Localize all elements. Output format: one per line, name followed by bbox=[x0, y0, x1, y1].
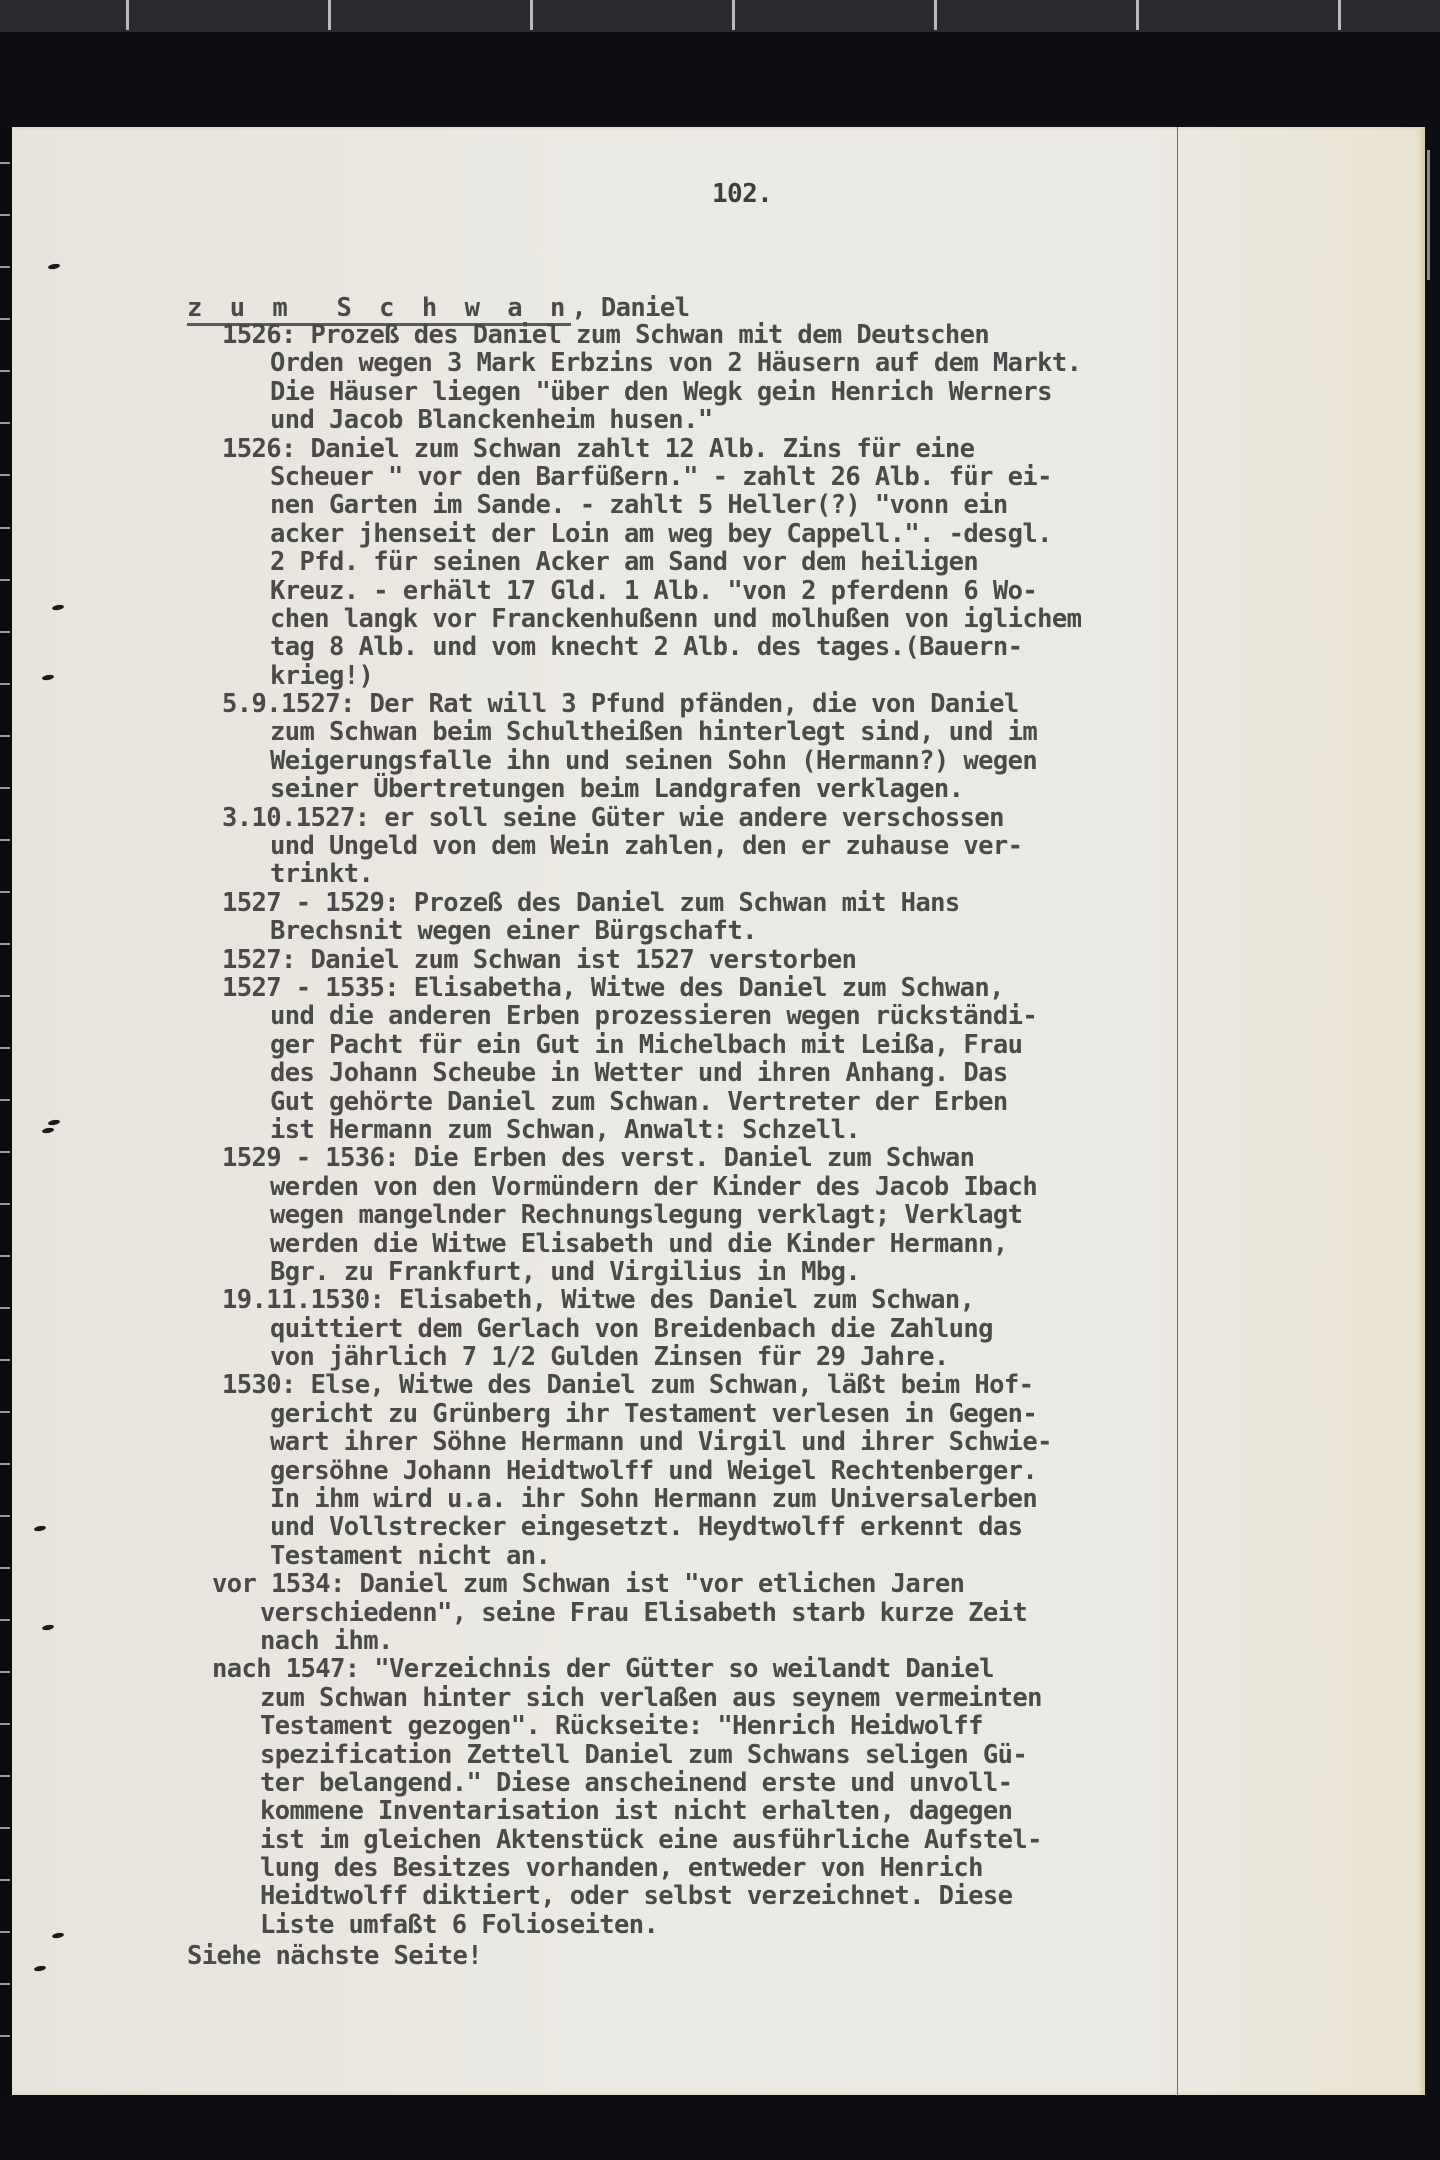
ruler-tick bbox=[0, 735, 10, 737]
scanner-edge-mark bbox=[1427, 150, 1430, 280]
entry-line: verschiedenn", seine Frau Elisabeth star… bbox=[212, 1599, 1222, 1627]
entry-line: Die Häuser liegen "über den Wegk gein He… bbox=[222, 378, 1222, 406]
entry-line: ger Pacht für ein Gut in Michelbach mit … bbox=[222, 1031, 1222, 1059]
chronology-entry: 3.10.1527: er soll seine Güter wie ander… bbox=[222, 804, 1222, 889]
ruler-tick bbox=[0, 266, 10, 268]
chronology-entry: vor 1534: Daniel zum Schwan ist "vor etl… bbox=[212, 1570, 1222, 1655]
closing-note: Siehe nächste Seite! bbox=[187, 1941, 482, 1971]
ruler-tick bbox=[0, 1203, 10, 1205]
ruler-tick bbox=[0, 214, 10, 216]
entry-line: trinkt. bbox=[222, 860, 1222, 888]
ruler-tick bbox=[0, 474, 10, 476]
ruler-tick bbox=[0, 631, 10, 633]
ruler-tick bbox=[0, 370, 10, 372]
chronology-entry: 19.11.1530: Elisabeth, Witwe des Daniel … bbox=[222, 1286, 1222, 1371]
ruler-tick bbox=[0, 527, 10, 529]
entry-line: zum Schwan hinter sich verlaßen aus seyn… bbox=[212, 1684, 1222, 1712]
entry-line: 1527: Daniel zum Schwan ist 1527 verstor… bbox=[222, 946, 1222, 974]
entry-line: 1526: Prozeß des Daniel zum Schwan mit d… bbox=[222, 321, 1222, 349]
entry-line: gersöhne Johann Heidtwolff und Weigel Re… bbox=[222, 1457, 1222, 1485]
entry-line: acker jhenseit der Loin am weg bey Cappe… bbox=[222, 520, 1222, 548]
entry-line: quittiert dem Gerlach von Breidenbach di… bbox=[222, 1315, 1222, 1343]
entry-line: vor 1534: Daniel zum Schwan ist "vor etl… bbox=[212, 1570, 1222, 1598]
entry-line: seiner Übertretungen beim Landgrafen ver… bbox=[222, 775, 1222, 803]
ruler-tick bbox=[0, 318, 10, 320]
ruler-tick bbox=[0, 891, 10, 893]
entry-line: lung des Besitzes vorhanden, entweder vo… bbox=[212, 1854, 1222, 1882]
scanner-top-strip bbox=[0, 0, 1440, 32]
ruler-tick bbox=[0, 1567, 10, 1569]
entry-line: Brechsnit wegen einer Bürgschaft. bbox=[222, 917, 1222, 945]
entry-line: Testament gezogen". Rückseite: "Henrich … bbox=[212, 1712, 1222, 1740]
entry-line: und Jacob Blanckenheim husen." bbox=[222, 406, 1222, 434]
document-page: 102. z u m S c h w a n, Daniel 1526: Pro… bbox=[12, 127, 1425, 2095]
ruler-tick bbox=[0, 1255, 10, 1257]
entry-line: wegen mangelnder Rechnungslegung verklag… bbox=[222, 1201, 1222, 1229]
chronology-entry: 1530: Else, Witwe des Daniel zum Schwan,… bbox=[222, 1371, 1222, 1570]
ruler-tick bbox=[934, 0, 937, 30]
entry-line: tag 8 Alb. und vom knecht 2 Alb. des tag… bbox=[222, 633, 1222, 661]
ruler-tick bbox=[0, 1983, 10, 1985]
ruler-tick bbox=[732, 0, 735, 30]
ruler-tick bbox=[530, 0, 533, 30]
ruler-tick bbox=[0, 1775, 10, 1777]
given-name: , Daniel bbox=[571, 293, 689, 323]
ruler-tick bbox=[0, 683, 10, 685]
entry-line: ist Hermann zum Schwan, Anwalt: Schzell. bbox=[222, 1116, 1222, 1144]
ruler-tick bbox=[328, 0, 331, 30]
ruler-tick bbox=[0, 1931, 10, 1933]
ruler-tick bbox=[0, 1047, 10, 1049]
entry-line: zum Schwan beim Schultheißen hinterlegt … bbox=[222, 718, 1222, 746]
chronology-entry: nach 1547: "Verzeichnis der Gütter so we… bbox=[212, 1655, 1222, 1939]
ruler-tick bbox=[1338, 0, 1341, 30]
chronology-entry: 1526: Daniel zum Schwan zahlt 12 Alb. Zi… bbox=[222, 435, 1222, 691]
ruler-tick bbox=[0, 1099, 10, 1101]
entry-line: 1530: Else, Witwe des Daniel zum Schwan,… bbox=[222, 1371, 1222, 1399]
entry-line: spezification Zettell Daniel zum Schwans… bbox=[212, 1741, 1222, 1769]
ruler-tick bbox=[0, 1151, 10, 1153]
entry-line: 19.11.1530: Elisabeth, Witwe des Daniel … bbox=[222, 1286, 1222, 1314]
ruler-tick bbox=[0, 839, 10, 841]
ruler-tick bbox=[0, 1359, 10, 1361]
entry-line: ter belangend." Diese anscheinend erste … bbox=[212, 1769, 1222, 1797]
ruler-tick bbox=[0, 1879, 10, 1881]
ruler-tick bbox=[1136, 0, 1139, 30]
ruler-tick bbox=[0, 1619, 10, 1621]
ruler-tick bbox=[0, 1463, 10, 1465]
entry-line: 5.9.1527: Der Rat will 3 Pfund pfänden, … bbox=[222, 690, 1222, 718]
entry-line: kommene Inventarisation ist nicht erhalt… bbox=[212, 1797, 1222, 1825]
chronology-entry: 1527: Daniel zum Schwan ist 1527 verstor… bbox=[222, 946, 1222, 974]
chronology-entry: 1527 - 1529: Prozeß des Daniel zum Schwa… bbox=[222, 889, 1222, 946]
entry-line: nen Garten im Sande. - zahlt 5 Heller(?)… bbox=[222, 491, 1222, 519]
entry-line: Kreuz. - erhält 17 Gld. 1 Alb. "von 2 pf… bbox=[222, 577, 1222, 605]
chronology-entry: 1527 - 1535: Elisabetha, Witwe des Danie… bbox=[222, 974, 1222, 1144]
entry-line: Scheuer " vor den Barfüßern." - zahlt 26… bbox=[222, 463, 1222, 491]
entry-line: und die anderen Erben prozessieren wegen… bbox=[222, 1002, 1222, 1030]
ruler-tick bbox=[0, 162, 10, 164]
entry-line: Orden wegen 3 Mark Erbzins von 2 Häusern… bbox=[222, 349, 1222, 377]
entry-line: Heidtwolff diktiert, oder selbst verzeic… bbox=[212, 1882, 1222, 1910]
ruler-tick bbox=[0, 422, 10, 424]
entry-line: gericht zu Grünberg ihr Testament verles… bbox=[222, 1400, 1222, 1428]
entry-line: nach 1547: "Verzeichnis der Gütter so we… bbox=[212, 1655, 1222, 1683]
entry-line: werden die Witwe Elisabeth und die Kinde… bbox=[222, 1230, 1222, 1258]
entry-line: werden von den Vormündern der Kinder des… bbox=[222, 1173, 1222, 1201]
ruler-tick bbox=[0, 579, 10, 581]
ruler-tick bbox=[0, 1827, 10, 1829]
entry-line: Liste umfaßt 6 Folioseiten. bbox=[212, 1911, 1222, 1939]
ruler-tick bbox=[0, 1723, 10, 1725]
entry-line: 1529 - 1536: Die Erben des verst. Daniel… bbox=[222, 1144, 1222, 1172]
entry-line: und Ungeld von dem Wein zahlen, den er z… bbox=[222, 832, 1222, 860]
ruler-tick bbox=[0, 787, 10, 789]
entry-heading: z u m S c h w a n, Daniel bbox=[187, 293, 689, 323]
ruler-tick bbox=[0, 995, 10, 997]
entry-line: 2 Pfd. für seinen Acker am Sand vor dem … bbox=[222, 548, 1222, 576]
entry-line: Bgr. zu Frankfurt, und Virgilius in Mbg. bbox=[222, 1258, 1222, 1286]
chronology-entry: 1526: Prozeß des Daniel zum Schwan mit d… bbox=[222, 321, 1222, 435]
page-number: 102. bbox=[712, 179, 772, 209]
ruler-tick bbox=[0, 943, 10, 945]
entry-line: ist im gleichen Aktenstück eine ausführl… bbox=[212, 1826, 1222, 1854]
entry-line: krieg!) bbox=[222, 662, 1222, 690]
entry-line: 1527 - 1535: Elisabetha, Witwe des Danie… bbox=[222, 974, 1222, 1002]
chronology-entry: 1529 - 1536: Die Erben des verst. Daniel… bbox=[222, 1144, 1222, 1286]
entry-line: 1526: Daniel zum Schwan zahlt 12 Alb. Zi… bbox=[222, 435, 1222, 463]
entry-line: 3.10.1527: er soll seine Güter wie ander… bbox=[222, 804, 1222, 832]
entry-line: des Johann Scheube in Wetter und ihren A… bbox=[222, 1059, 1222, 1087]
entry-line: wart ihrer Söhne Hermann und Virgil und … bbox=[222, 1428, 1222, 1456]
ruler-tick bbox=[0, 1307, 10, 1309]
ruler-tick bbox=[0, 1515, 10, 1517]
ruler-tick bbox=[126, 0, 129, 30]
ruler-tick bbox=[0, 1411, 10, 1413]
typewritten-text: 102. z u m S c h w a n, Daniel 1526: Pro… bbox=[12, 127, 1425, 2095]
entry-line: chen langk vor Franckenhußenn und molhuß… bbox=[222, 605, 1222, 633]
entry-line: Gut gehörte Daniel zum Schwan. Vertreter… bbox=[222, 1088, 1222, 1116]
ruler-tick bbox=[0, 1671, 10, 1673]
entry-line: 1527 - 1529: Prozeß des Daniel zum Schwa… bbox=[222, 889, 1222, 917]
entry-line: von jährlich 7 1/2 Gulden Zinsen für 29 … bbox=[222, 1343, 1222, 1371]
entry-line: Testament nicht an. bbox=[222, 1542, 1222, 1570]
ruler-tick bbox=[0, 2035, 10, 2037]
chronology-entry: 5.9.1527: Der Rat will 3 Pfund pfänden, … bbox=[222, 690, 1222, 804]
entry-line: nach ihm. bbox=[212, 1627, 1222, 1655]
scanner-left-strip bbox=[0, 127, 12, 2097]
chronology-list: 1526: Prozeß des Daniel zum Schwan mit d… bbox=[222, 321, 1222, 1939]
entry-line: Weigerungsfalle ihn und seinen Sohn (Her… bbox=[222, 747, 1222, 775]
entry-line: In ihm wird u.a. ihr Sohn Hermann zum Un… bbox=[222, 1485, 1222, 1513]
entry-line: und Vollstrecker eingesetzt. Heydtwolff … bbox=[222, 1513, 1222, 1541]
